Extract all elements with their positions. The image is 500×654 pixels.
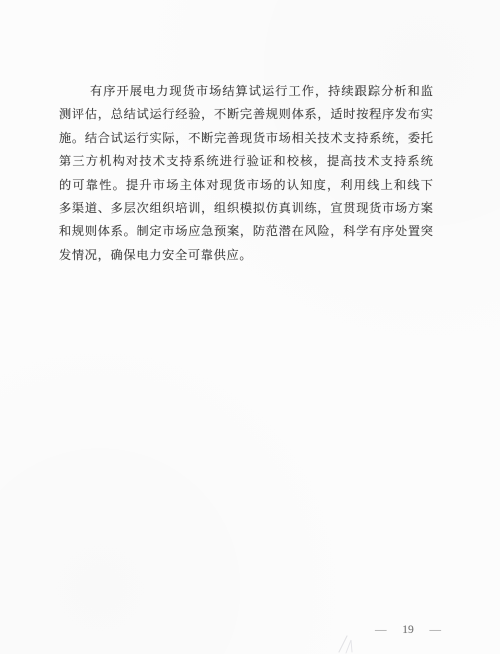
paragraph-line: 施。结合试运行实际，不断完善现货市场相关技术支持系统，委托	[59, 127, 433, 150]
footer-left-dash: —	[375, 625, 387, 635]
paragraph-line: 的可靠性。提升市场主体对现货市场的认知度，利用线上和线下	[59, 174, 433, 197]
paragraph-line: 发情况，确保电力安全可靠供应。	[59, 244, 433, 267]
document-page: 有序开展电力现货市场结算试运行工作，持续跟踪分析和监 测评估，总结试运行经验，不…	[0, 0, 500, 654]
page-number: 19	[402, 624, 414, 636]
paragraph-line: 多渠道、多层次组织培训，组织模拟仿真训练，宣贯现货市场方案	[59, 197, 433, 220]
pen-scribble-mark	[336, 631, 366, 654]
page-number-footer: — 19 —	[375, 621, 441, 638]
footer-right-dash: —	[430, 625, 442, 635]
paragraph-line: 测评估，总结试运行经验，不断完善规则体系，适时按程序发布实	[59, 103, 433, 126]
paragraph-line: 有序开展电力现货市场结算试运行工作，持续跟踪分析和监	[59, 80, 433, 103]
paragraph-line: 第三方机构对技术支持系统进行验证和校核，提高技术支持系统	[59, 150, 433, 173]
body-paragraph: 有序开展电力现货市场结算试运行工作，持续跟踪分析和监 测评估，总结试运行经验，不…	[59, 80, 433, 267]
paragraph-line: 和规则体系。制定市场应急预案，防范潜在风险，科学有序处置突	[59, 220, 433, 243]
